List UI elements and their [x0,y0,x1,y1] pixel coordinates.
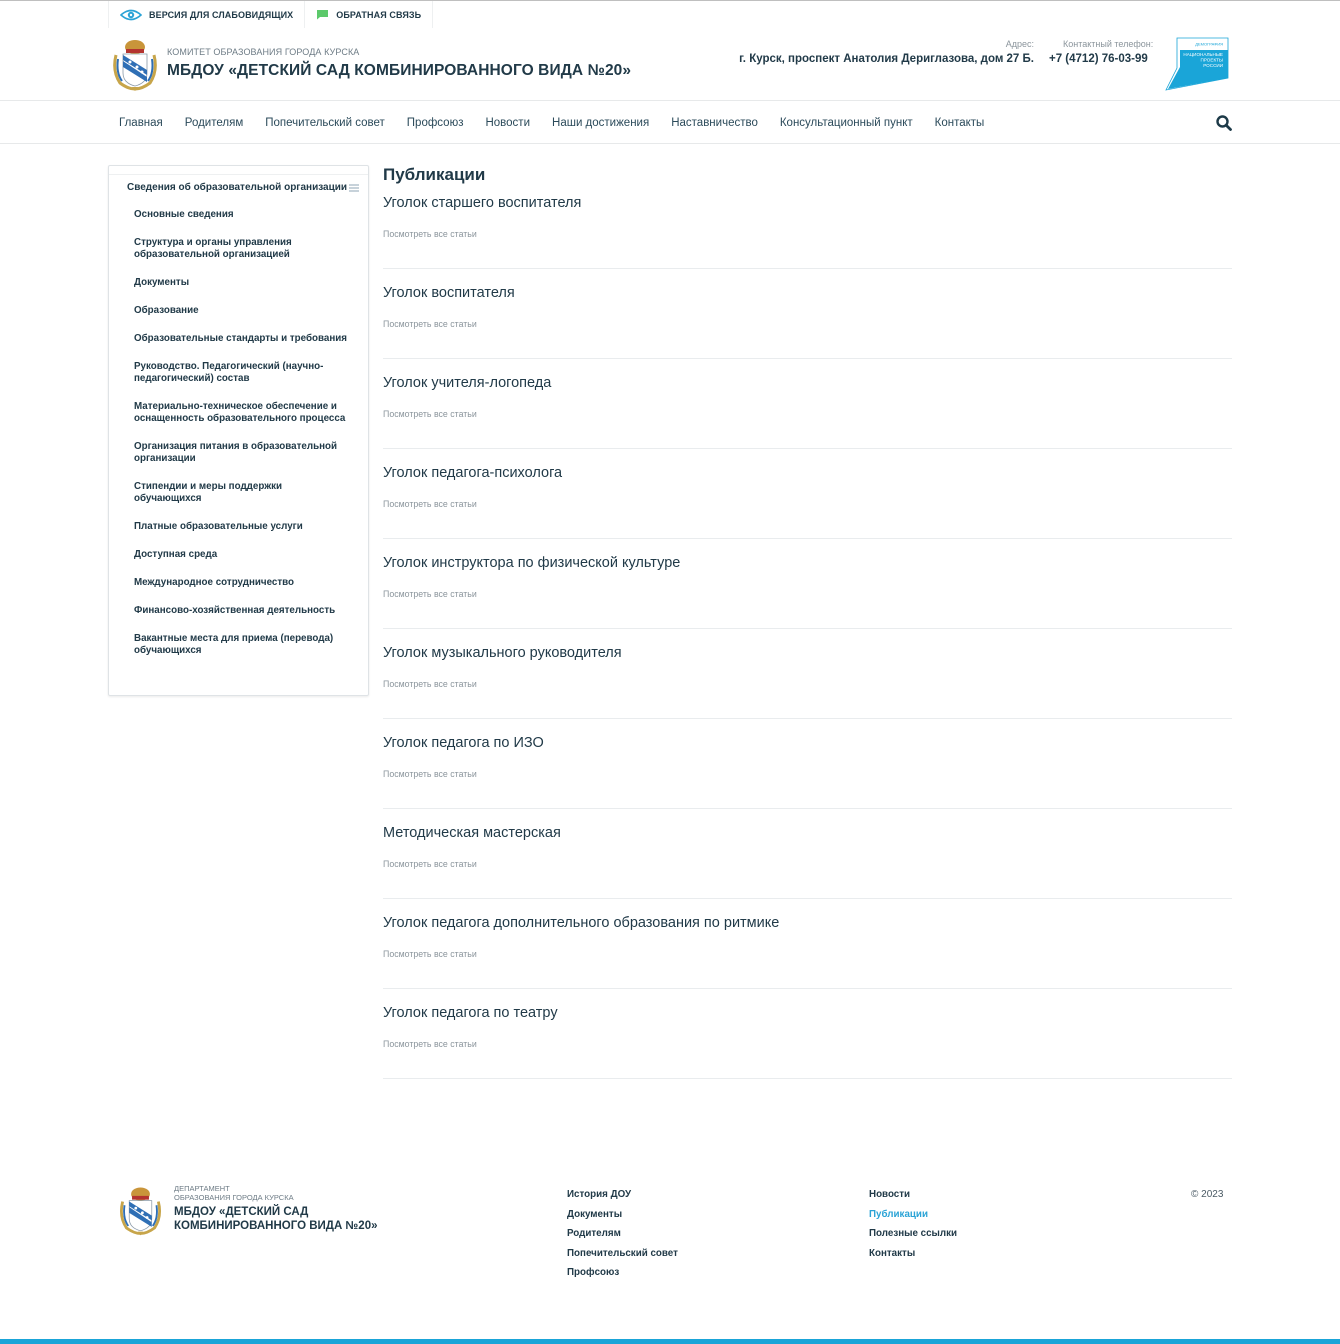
nav-item-home[interactable]: Главная [108,102,174,144]
footer-links-column-1: История ДОУ Документы Родителям Попечите… [567,1189,678,1287]
view-all-articles-link[interactable]: Посмотреть все статьи [383,409,477,419]
footer-link-parents[interactable]: Родителям [567,1228,678,1240]
org-name[interactable]: МБДОУ «ДЕТСКИЙ САД КОМБИНИРОВАННОГО ВИДА… [167,62,631,80]
sidebar-item-vacancies[interactable]: Вакантные места для приема (перевода) об… [134,633,349,657]
feedback-label: Обратная связь [336,10,421,20]
accessibility-version-link[interactable]: Версия для слабовидящих [108,1,305,28]
coat-of-arms-icon [110,37,160,91]
chat-bubble-icon [316,9,329,20]
address-label: Адрес: [1006,39,1034,49]
sidebar-item-staff[interactable]: Руководство. Педагогический (научно-педа… [134,361,349,385]
address-value: г. Курск, проспект Анатолия Дериглазова,… [739,53,1034,65]
sidebar-item-education[interactable]: Образование [134,305,349,317]
view-all-articles-link[interactable]: Посмотреть все статьи [383,319,477,329]
coat-of-arms-logo[interactable] [110,37,160,91]
svg-text:РОССИИ: РОССИИ [1203,63,1223,68]
footer-org-name: МБДОУ «ДЕТСКИЙ САД КОМБИНИРОВАННОГО ВИДА… [174,1205,414,1233]
publication-item: Уголок педагога-психологаПосмотреть все … [383,449,1232,539]
publication-item: Уголок воспитателяПосмотреть все статьи [383,269,1232,359]
view-all-articles-link[interactable]: Посмотреть все статьи [383,229,477,239]
publication-item: Уголок педагога по ИЗОПосмотреть все ста… [383,719,1232,809]
svg-text:ДЕМОГРАФИЯ: ДЕМОГРАФИЯ [1195,42,1223,47]
publication-title[interactable]: Уголок педагога-психолога [383,465,562,481]
sidebar-item-scholarships[interactable]: Стипендии и меры поддержки обучающихся [134,481,349,505]
sidebar-item-finance[interactable]: Финансово-хозяйственная деятельность [134,605,349,617]
footer-link-useful-links[interactable]: Полезные ссылки [869,1228,957,1240]
view-all-articles-link[interactable]: Посмотреть все статьи [383,859,477,869]
publication-item: Уголок педагога дополнительного образова… [383,899,1232,989]
feedback-link[interactable]: Обратная связь [305,1,433,28]
sidebar-header-divider [109,166,368,175]
phone-link[interactable]: +7 (4712) 76-03-99 [1049,53,1148,65]
svg-text:ПРОЕКТЫ: ПРОЕКТЫ [1201,58,1223,63]
sidebar-item-accessible-environment[interactable]: Доступная среда [134,549,349,561]
publication-title[interactable]: Уголок воспитателя [383,285,515,301]
publication-item: Методическая мастерскаяПосмотреть все ст… [383,809,1232,899]
nav-item-trade-union[interactable]: Профсоюз [396,102,475,144]
bottom-accent-bar [0,1339,1340,1344]
view-all-articles-link[interactable]: Посмотреть все статьи [383,769,477,779]
search-button[interactable] [1215,114,1233,132]
nav-item-mentoring[interactable]: Наставничество [660,102,769,144]
publication-item: Уголок учителя-логопедаПосмотреть все ст… [383,359,1232,449]
sidebar-item-basic-info[interactable]: Основные сведения [134,209,349,221]
footer-link-news[interactable]: Новости [869,1189,957,1201]
publication-title[interactable]: Уголок старшего воспитателя [383,195,581,211]
accessibility-version-label: Версия для слабовидящих [149,10,293,20]
sidebar-item-international[interactable]: Международное сотрудничество [134,577,349,589]
view-all-articles-link[interactable]: Посмотреть все статьи [383,589,477,599]
sidebar-item-standards[interactable]: Образовательные стандарты и требования [134,333,349,345]
view-all-articles-link[interactable]: Посмотреть все статьи [383,949,477,959]
publication-item: Уголок педагога по театруПосмотреть все … [383,989,1232,1079]
sidebar-item-catering[interactable]: Организация питания в образовательной ор… [134,441,349,465]
publication-item: Уголок музыкального руководителяПосмотре… [383,629,1232,719]
main-navigation: Главная Родителям Попечительский совет П… [0,102,1340,144]
footer-link-contacts[interactable]: Контакты [869,1248,957,1260]
hamburger-menu-icon[interactable] [349,184,359,192]
footer-links-column-2: Новости Публикации Полезные ссылки Конта… [869,1189,957,1267]
main-content: Публикации Уголок старшего воспитателяПо… [383,165,1232,1079]
footer-org-subtitle-1: Департамент [174,1184,230,1193]
publication-title[interactable]: Методическая мастерская [383,825,561,841]
sidebar-item-paid-services[interactable]: Платные образовательные услуги [134,521,349,533]
site-header: Комитет образования города Курска МБДОУ … [0,28,1340,101]
nav-item-parents[interactable]: Родителям [174,102,254,144]
org-subtitle: Комитет образования города Курска [167,47,359,57]
sidebar-menu: Сведения об образовательной организации … [108,165,369,696]
publication-title[interactable]: Уголок инструктора по физической культур… [383,555,680,571]
sidebar-list: Основные сведения Структура и органы упр… [134,209,349,673]
nav-item-consulting-point[interactable]: Консультационный пункт [769,102,924,144]
publication-list: Уголок старшего воспитателяПосмотреть вс… [383,195,1232,1079]
svg-text:НАЦИОНАЛЬНЫЕ: НАЦИОНАЛЬНЫЕ [1183,52,1223,57]
footer-org-subtitle-2: образования города Курска [174,1193,294,1202]
publication-item: Уголок старшего воспитателяПосмотреть вс… [383,195,1232,269]
publication-item: Уголок инструктора по физической культур… [383,539,1232,629]
nav-item-board-of-trustees[interactable]: Попечительский совет [254,102,396,144]
top-utility-bar: Версия для слабовидящих Обратная связь [108,1,433,28]
footer-link-trade-union[interactable]: Профсоюз [567,1267,678,1279]
sidebar-item-documents[interactable]: Документы [134,277,349,289]
sidebar-item-structure[interactable]: Структура и органы управления образовате… [134,237,349,261]
nav-item-news[interactable]: Новости [474,102,541,144]
publication-title[interactable]: Уголок учителя-логопеда [383,375,551,391]
national-projects-logo[interactable]: ДЕМОГРАФИЯ НАЦИОНАЛЬНЫЕ ПРОЕКТЫ РОССИИ [1165,37,1229,91]
copyright: © 2023 [1191,1189,1223,1200]
publication-title[interactable]: Уголок музыкального руководителя [383,645,622,661]
phone-label: Контактный телефон: [1063,39,1153,49]
eye-icon [120,9,142,21]
view-all-articles-link[interactable]: Посмотреть все статьи [383,1039,477,1049]
coat-of-arms-icon [117,1184,164,1236]
search-icon [1215,114,1233,132]
footer-link-documents[interactable]: Документы [567,1209,678,1221]
footer-link-history[interactable]: История ДОУ [567,1189,678,1201]
publication-title[interactable]: Уголок педагога дополнительного образова… [383,915,779,931]
sidebar-title-label: Сведения об образовательной организации [127,182,347,193]
national-projects-icon: ДЕМОГРАФИЯ НАЦИОНАЛЬНЫЕ ПРОЕКТЫ РОССИИ [1165,37,1229,91]
view-all-articles-link[interactable]: Посмотреть все статьи [383,499,477,509]
nav-item-contacts[interactable]: Контакты [924,102,996,144]
publication-title[interactable]: Уголок педагога по ИЗО [383,735,544,751]
publication-title[interactable]: Уголок педагога по театру [383,1005,558,1021]
footer-link-publications[interactable]: Публикации [869,1209,957,1221]
footer-coat-of-arms-logo[interactable] [117,1184,164,1236]
sidebar-title[interactable]: Сведения об образовательной организации [127,182,359,193]
nav-item-achievements[interactable]: Наши достижения [541,102,660,144]
view-all-articles-link[interactable]: Посмотреть все статьи [383,679,477,689]
sidebar-item-facilities[interactable]: Материально-техническое обеспечение и ос… [134,401,349,425]
page-title: Публикации [383,165,1232,185]
footer-link-board-of-trustees[interactable]: Попечительский совет [567,1248,678,1260]
nav-list: Главная Родителям Попечительский совет П… [108,102,995,144]
